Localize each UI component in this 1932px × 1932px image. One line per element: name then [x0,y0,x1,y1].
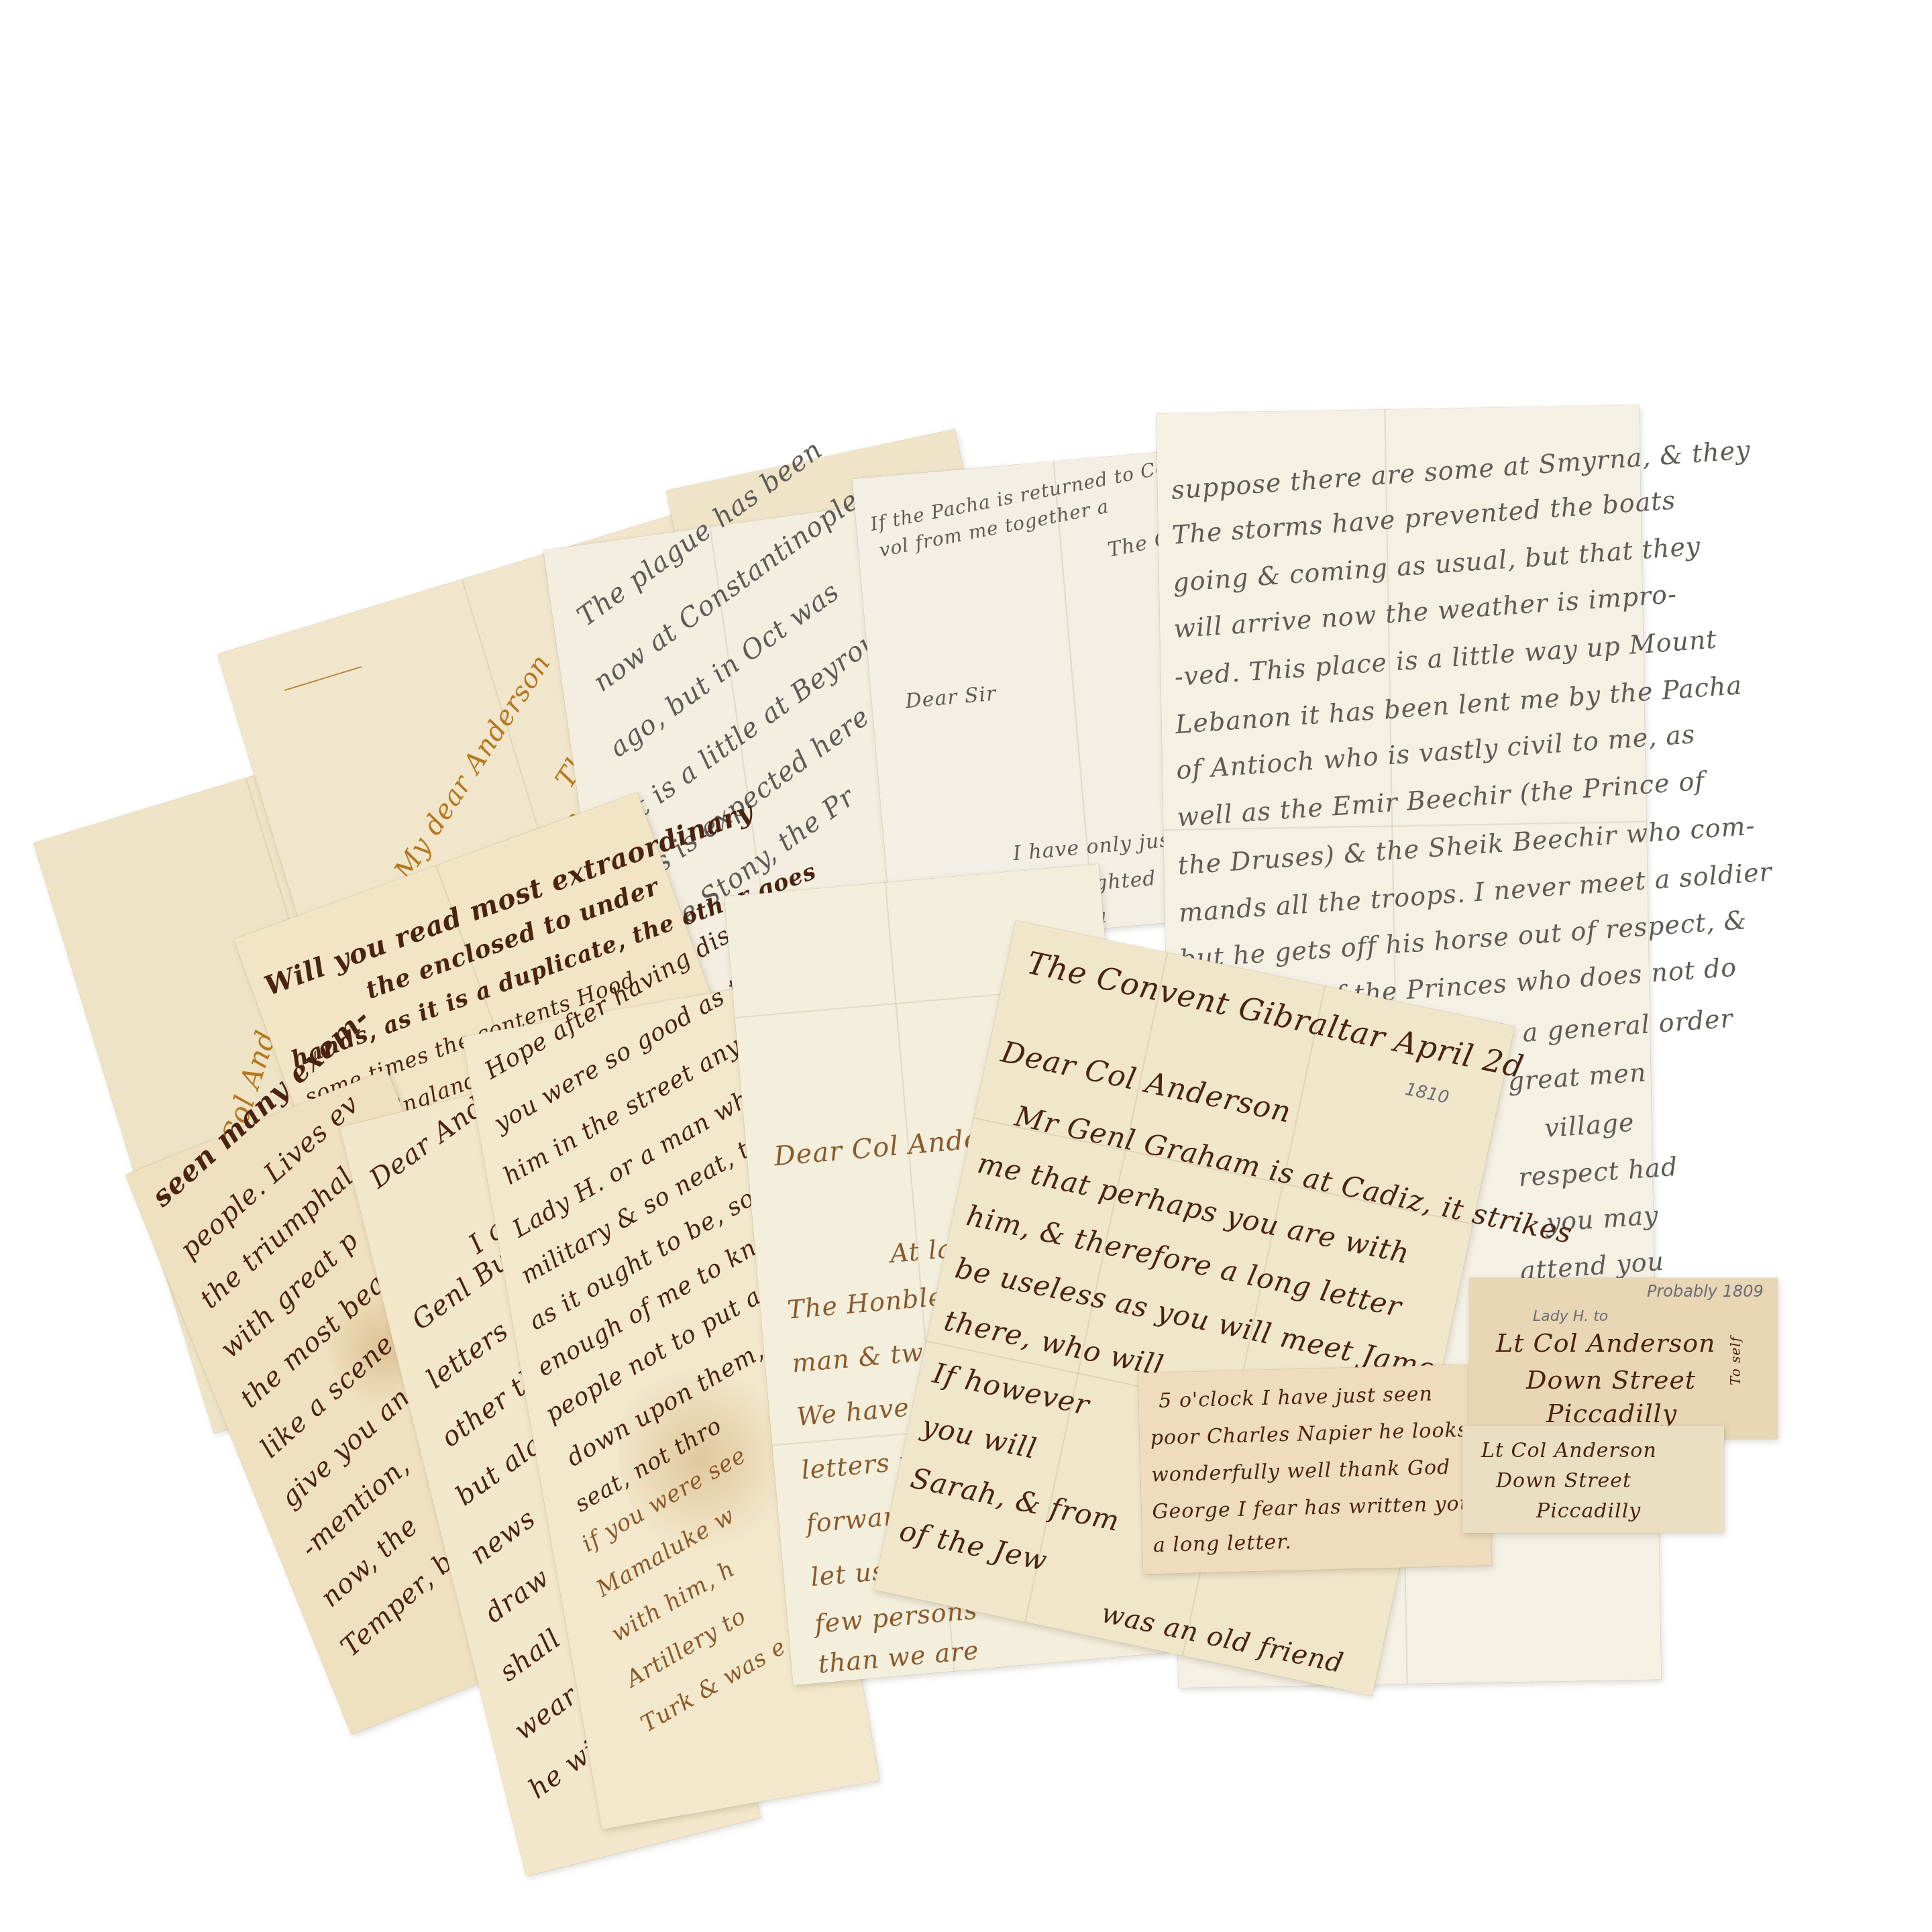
note-line: a long letter. [1152,1530,1292,1557]
letter-line: I have only just [1012,828,1180,866]
letter-line: of the Jew [897,1514,1051,1577]
address-line: Piccadilly [1546,1399,1677,1428]
pencil-note-probably: Probably 1809 [1647,1282,1764,1301]
address-panel-2: Lt Col Anderson Down Street Piccadilly [1462,1426,1724,1533]
side-note: To self [1727,1336,1743,1385]
letter-line: shall [494,1623,567,1688]
address-panel-1: Probably 1809 Lady H. to Lt Col Anderson… [1469,1278,1778,1439]
note-line: 5 o'clock I have just seen [1159,1382,1433,1413]
salutation: Dear Sir [904,682,998,714]
address-line: Lt Col Anderson [1481,1439,1657,1462]
pencil-note-lady-h: Lady H. to [1533,1308,1608,1325]
letter-line: wear [508,1680,584,1746]
ink-rule [284,666,362,691]
address-line: Down Street [1526,1365,1696,1395]
letter-line: you will [919,1409,1040,1465]
letter-line: respect had [1517,1152,1679,1192]
letter-line: draw [479,1562,555,1629]
note-line: poor Charles Napier he looks [1150,1418,1468,1450]
address-line: Down Street [1496,1469,1631,1493]
letter-line: than we are [817,1635,980,1679]
letter-line: village [1544,1108,1635,1143]
note-five-oclock: 5 o'clock I have just seen poor Charles … [1138,1364,1492,1574]
address-line: Piccadilly [1536,1499,1641,1523]
address-line: Lt Col Anderson [1496,1328,1716,1358]
note-line: George I fear has written you [1152,1492,1473,1524]
note-line: wonderfully well thank God [1151,1456,1451,1487]
pencil-year-note: 1810 [1403,1079,1451,1108]
letter-line: If however [930,1356,1092,1421]
letter-line: news [465,1503,542,1570]
